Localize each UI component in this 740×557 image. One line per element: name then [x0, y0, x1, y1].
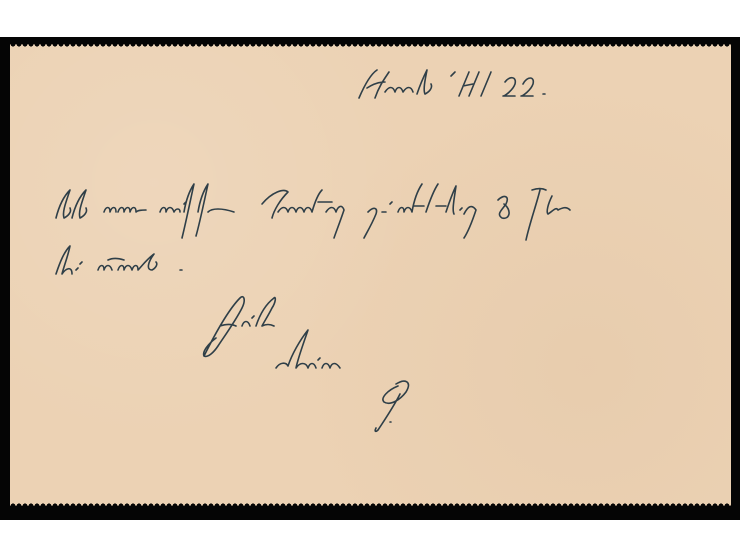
signature: G. — [360, 376, 420, 436]
perforated-bottom-edge — [10, 500, 731, 506]
closing-valediction: Dein — [272, 328, 352, 378]
postcard: Hmb 14/11 22. ob am nächsten Dienstag pü… — [10, 44, 731, 506]
body-line-2: bei uns. — [52, 240, 252, 284]
dateline: Hmb 14/11 22. — [355, 66, 570, 106]
body-line-1: ob am nächsten Dienstag pünktlich 8 Uhr — [52, 182, 692, 242]
perforated-top-edge — [10, 44, 731, 50]
